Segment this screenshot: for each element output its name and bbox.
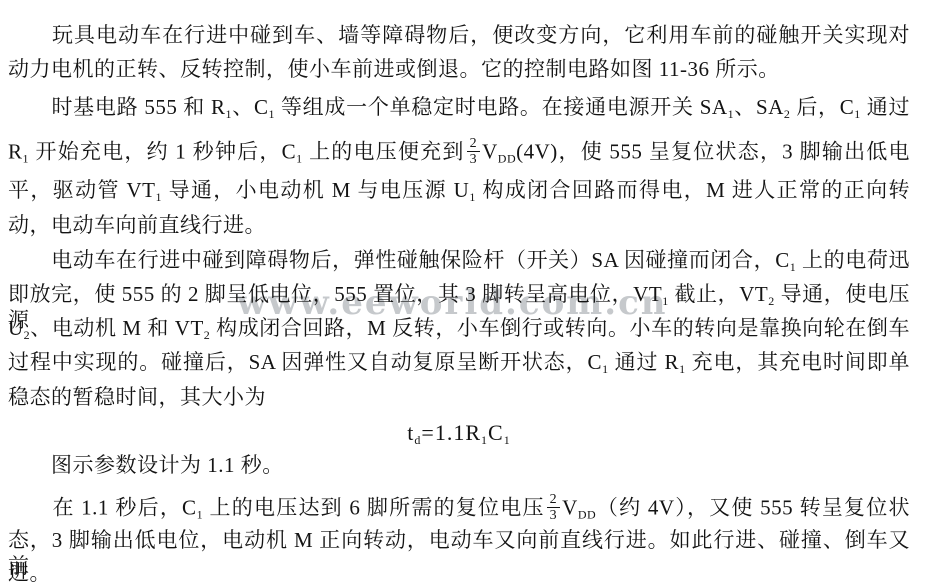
text-line-3: 时基电路 555 和 R1、C1 等组成一个单稳定时电路。在接通电源开关 SA1…	[8, 94, 910, 120]
text-line-13: 图示参数设计为 1.1 秒。	[8, 452, 910, 478]
text-line-11: 稳态的暂稳时间，其大小为	[8, 384, 910, 410]
text-line-5: 平，驱动管 VT1 导通，小电动机 M 与电压源 U1 构成闭合回路而得电，M …	[8, 177, 910, 203]
text-line-7: 电动车在行进中碰到障碍物后，弹性碰触保险杆（开关）SA 因碰撞而闭合，C1 上的…	[8, 247, 910, 273]
text-line-10: 过程中实现的。碰撞后，SA 因弹性又自动复原呈断开状态，C1 通过 R1 充电，…	[8, 349, 910, 375]
text-line-6: 动，电动车向前直线行进。	[8, 212, 910, 238]
text-line-16: 进。	[8, 560, 910, 586]
text-line-2: 动力电机的正转、反转控制，使小车前进或倒退。它的控制电路如图 11-36 所示。	[8, 56, 910, 82]
text-line-1: 玩具电动车在行进中碰到车、墙等障碍物后，便改变方向，它利用车前的碰触开关实现对	[8, 22, 910, 48]
document-page: www.eeworld.com.cn 玩具电动车在行进中碰到车、墙等障碍物后，便…	[0, 0, 928, 587]
text-line-4: R1 开始充电，约 1 秒钟后，C1 上的电压便充到23VDD(4V)，使 55…	[8, 138, 910, 170]
text-line-14: 在 1.1 秒后，C1 上的电压达到 6 脚所需的复位电压23VDD（约 4V）…	[8, 494, 910, 526]
text-line-9: U2、电动机 M 和 VT2 构成闭合回路，M 反转，小车倒行或转向。小车的转向…	[8, 315, 910, 341]
formula-line: td=1.1R1C1	[8, 420, 910, 446]
